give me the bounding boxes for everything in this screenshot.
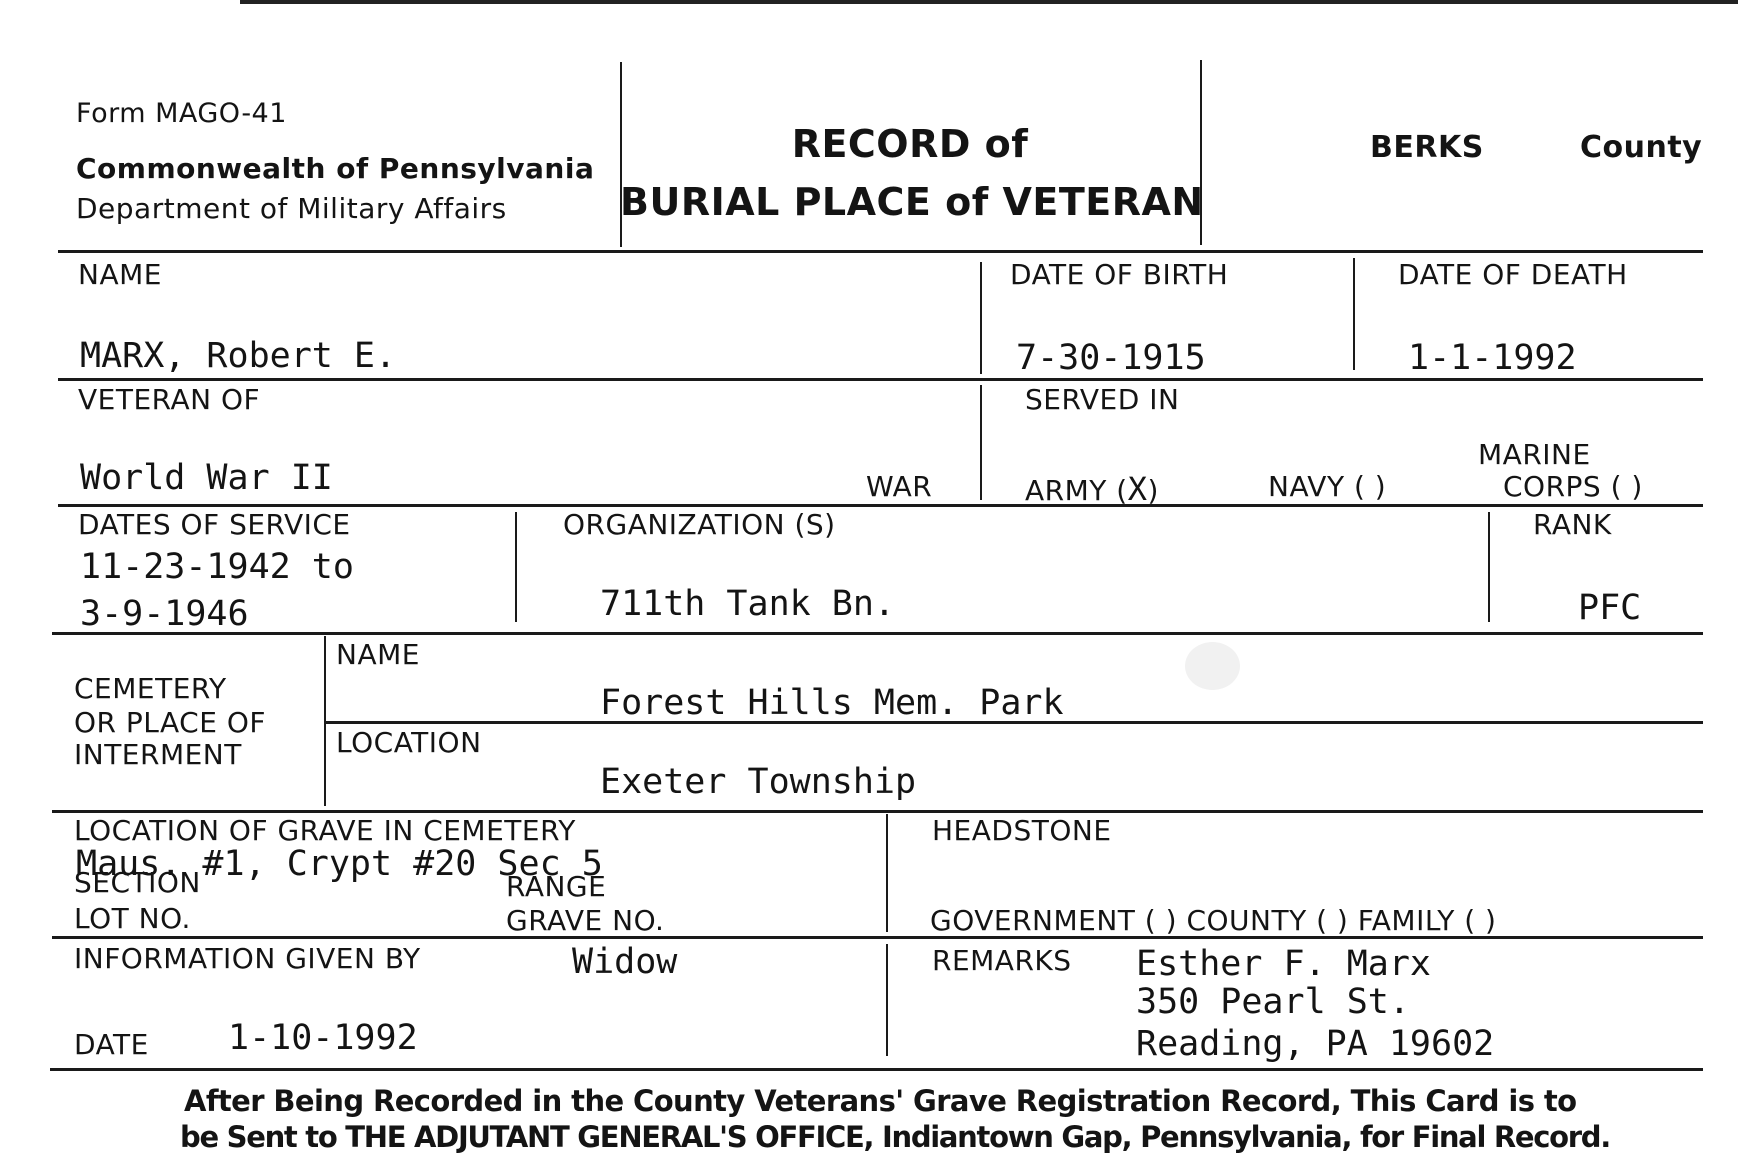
county-value: BERKS (1370, 130, 1484, 165)
dob-label: DATE OF BIRTH (1010, 258, 1228, 291)
headstone-options[interactable]: GOVERNMENT ( ) COUNTY ( ) FAMILY ( ) (930, 904, 1496, 937)
cemetery-location-label: LOCATION (336, 726, 482, 759)
date-label: DATE (74, 1028, 149, 1061)
cemetery-name: Forest Hills Mem. Park (600, 683, 1064, 723)
section-label: SECTION (74, 866, 201, 899)
rule-grave-top (52, 810, 1703, 813)
rule-name-top (58, 250, 1703, 253)
grave-location-label: LOCATION OF GRAVE IN CEMETERY (74, 814, 576, 847)
organization-value: 711th Tank Bn. (600, 584, 895, 624)
form-number: Form MAGO-41 (76, 98, 287, 129)
header-divider-right (1200, 60, 1202, 245)
grave-no-label: GRAVE NO. (506, 904, 664, 937)
lot-no-label: LOT NO. (74, 902, 191, 935)
army-checkmark: X (1128, 470, 1148, 508)
divider-name-dob (980, 262, 982, 374)
remarks-label: REMARKS (932, 944, 1072, 977)
footer-instruction-2: be Sent to THE ADJUTANT GENERAL'S OFFICE… (180, 1120, 1600, 1154)
info-given-by-label: INFORMATION GIVEN BY (74, 942, 421, 975)
service-start: 11-23-1942 to (80, 547, 354, 587)
navy-option[interactable]: NAVY ( ) (1268, 470, 1386, 503)
date-value: 1-10-1992 (228, 1018, 418, 1058)
stain (1185, 642, 1240, 690)
rule-bottom (50, 1068, 1703, 1071)
divider-info-remarks (886, 944, 888, 1056)
rule-cemetery-top (52, 632, 1703, 635)
form-title-line2: BURIAL PLACE of VETERAN (620, 180, 1200, 224)
agency-name: Commonwealth of Pennsylvania (76, 152, 594, 185)
war-label: WAR (866, 470, 932, 503)
range-label: RANGE (506, 870, 606, 903)
marine-label: MARINE (1478, 438, 1591, 471)
marine-corps-option[interactable]: CORPS ( ) (1503, 470, 1643, 503)
service-end: 3-9-1946 (80, 594, 249, 634)
cemetery-label-1: CEMETERY (74, 672, 227, 705)
dates-of-service-label: DATES OF SERVICE (78, 508, 351, 541)
veteran-of-label: VETERAN OF (78, 383, 260, 416)
organization-label: ORGANIZATION (S) (563, 508, 836, 541)
rule-dates-top (58, 504, 1703, 507)
dob-value: 7-30-1915 (1016, 338, 1206, 378)
footer-instruction-1: After Being Recorded in the County Veter… (184, 1084, 1594, 1118)
rank-label: RANK (1533, 508, 1612, 541)
name-label: NAME (78, 258, 162, 291)
rule-info-top (52, 936, 1703, 939)
cemetery-location: Exeter Township (600, 762, 916, 802)
divider-veteran-served (980, 385, 982, 500)
rule-veteran-top (58, 378, 1703, 381)
cemetery-label-3: INTERMENT (74, 738, 242, 771)
remarks-line-3: Reading, PA 19602 (1136, 1024, 1494, 1064)
headstone-label: HEADSTONE (932, 814, 1112, 847)
dod-value: 1-1-1992 (1408, 338, 1577, 378)
rank-value: PFC (1578, 588, 1641, 628)
department-name: Department of Military Affairs (76, 192, 507, 225)
remarks-line-1: Esther F. Marx (1136, 944, 1431, 984)
rule-cemetery-mid (326, 721, 1703, 724)
divider-grave-headstone (886, 814, 888, 932)
dod-label: DATE OF DEATH (1398, 258, 1628, 291)
army-option[interactable]: ARMY (X) (1025, 470, 1159, 508)
divider-dob-dod (1353, 258, 1355, 370)
divider-dates-org (515, 512, 517, 622)
veteran-name: MARX, Robert E. (80, 336, 396, 376)
cemetery-name-label: NAME (336, 638, 420, 671)
scan-edge (240, 0, 1738, 4)
divider-org-rank (1488, 512, 1490, 622)
remarks-line-2: 350 Pearl St. (1136, 982, 1410, 1022)
cemetery-label-2: OR PLACE OF (74, 706, 266, 739)
served-in-label: SERVED IN (1025, 383, 1179, 416)
county-label: County (1580, 130, 1702, 165)
army-close: ) (1147, 474, 1158, 507)
army-label: ARMY ( (1025, 474, 1128, 507)
form-title-line1: RECORD of (620, 122, 1200, 166)
veteran-of-value: World War II (80, 458, 333, 498)
info-given-by-value: Widow (572, 942, 677, 982)
